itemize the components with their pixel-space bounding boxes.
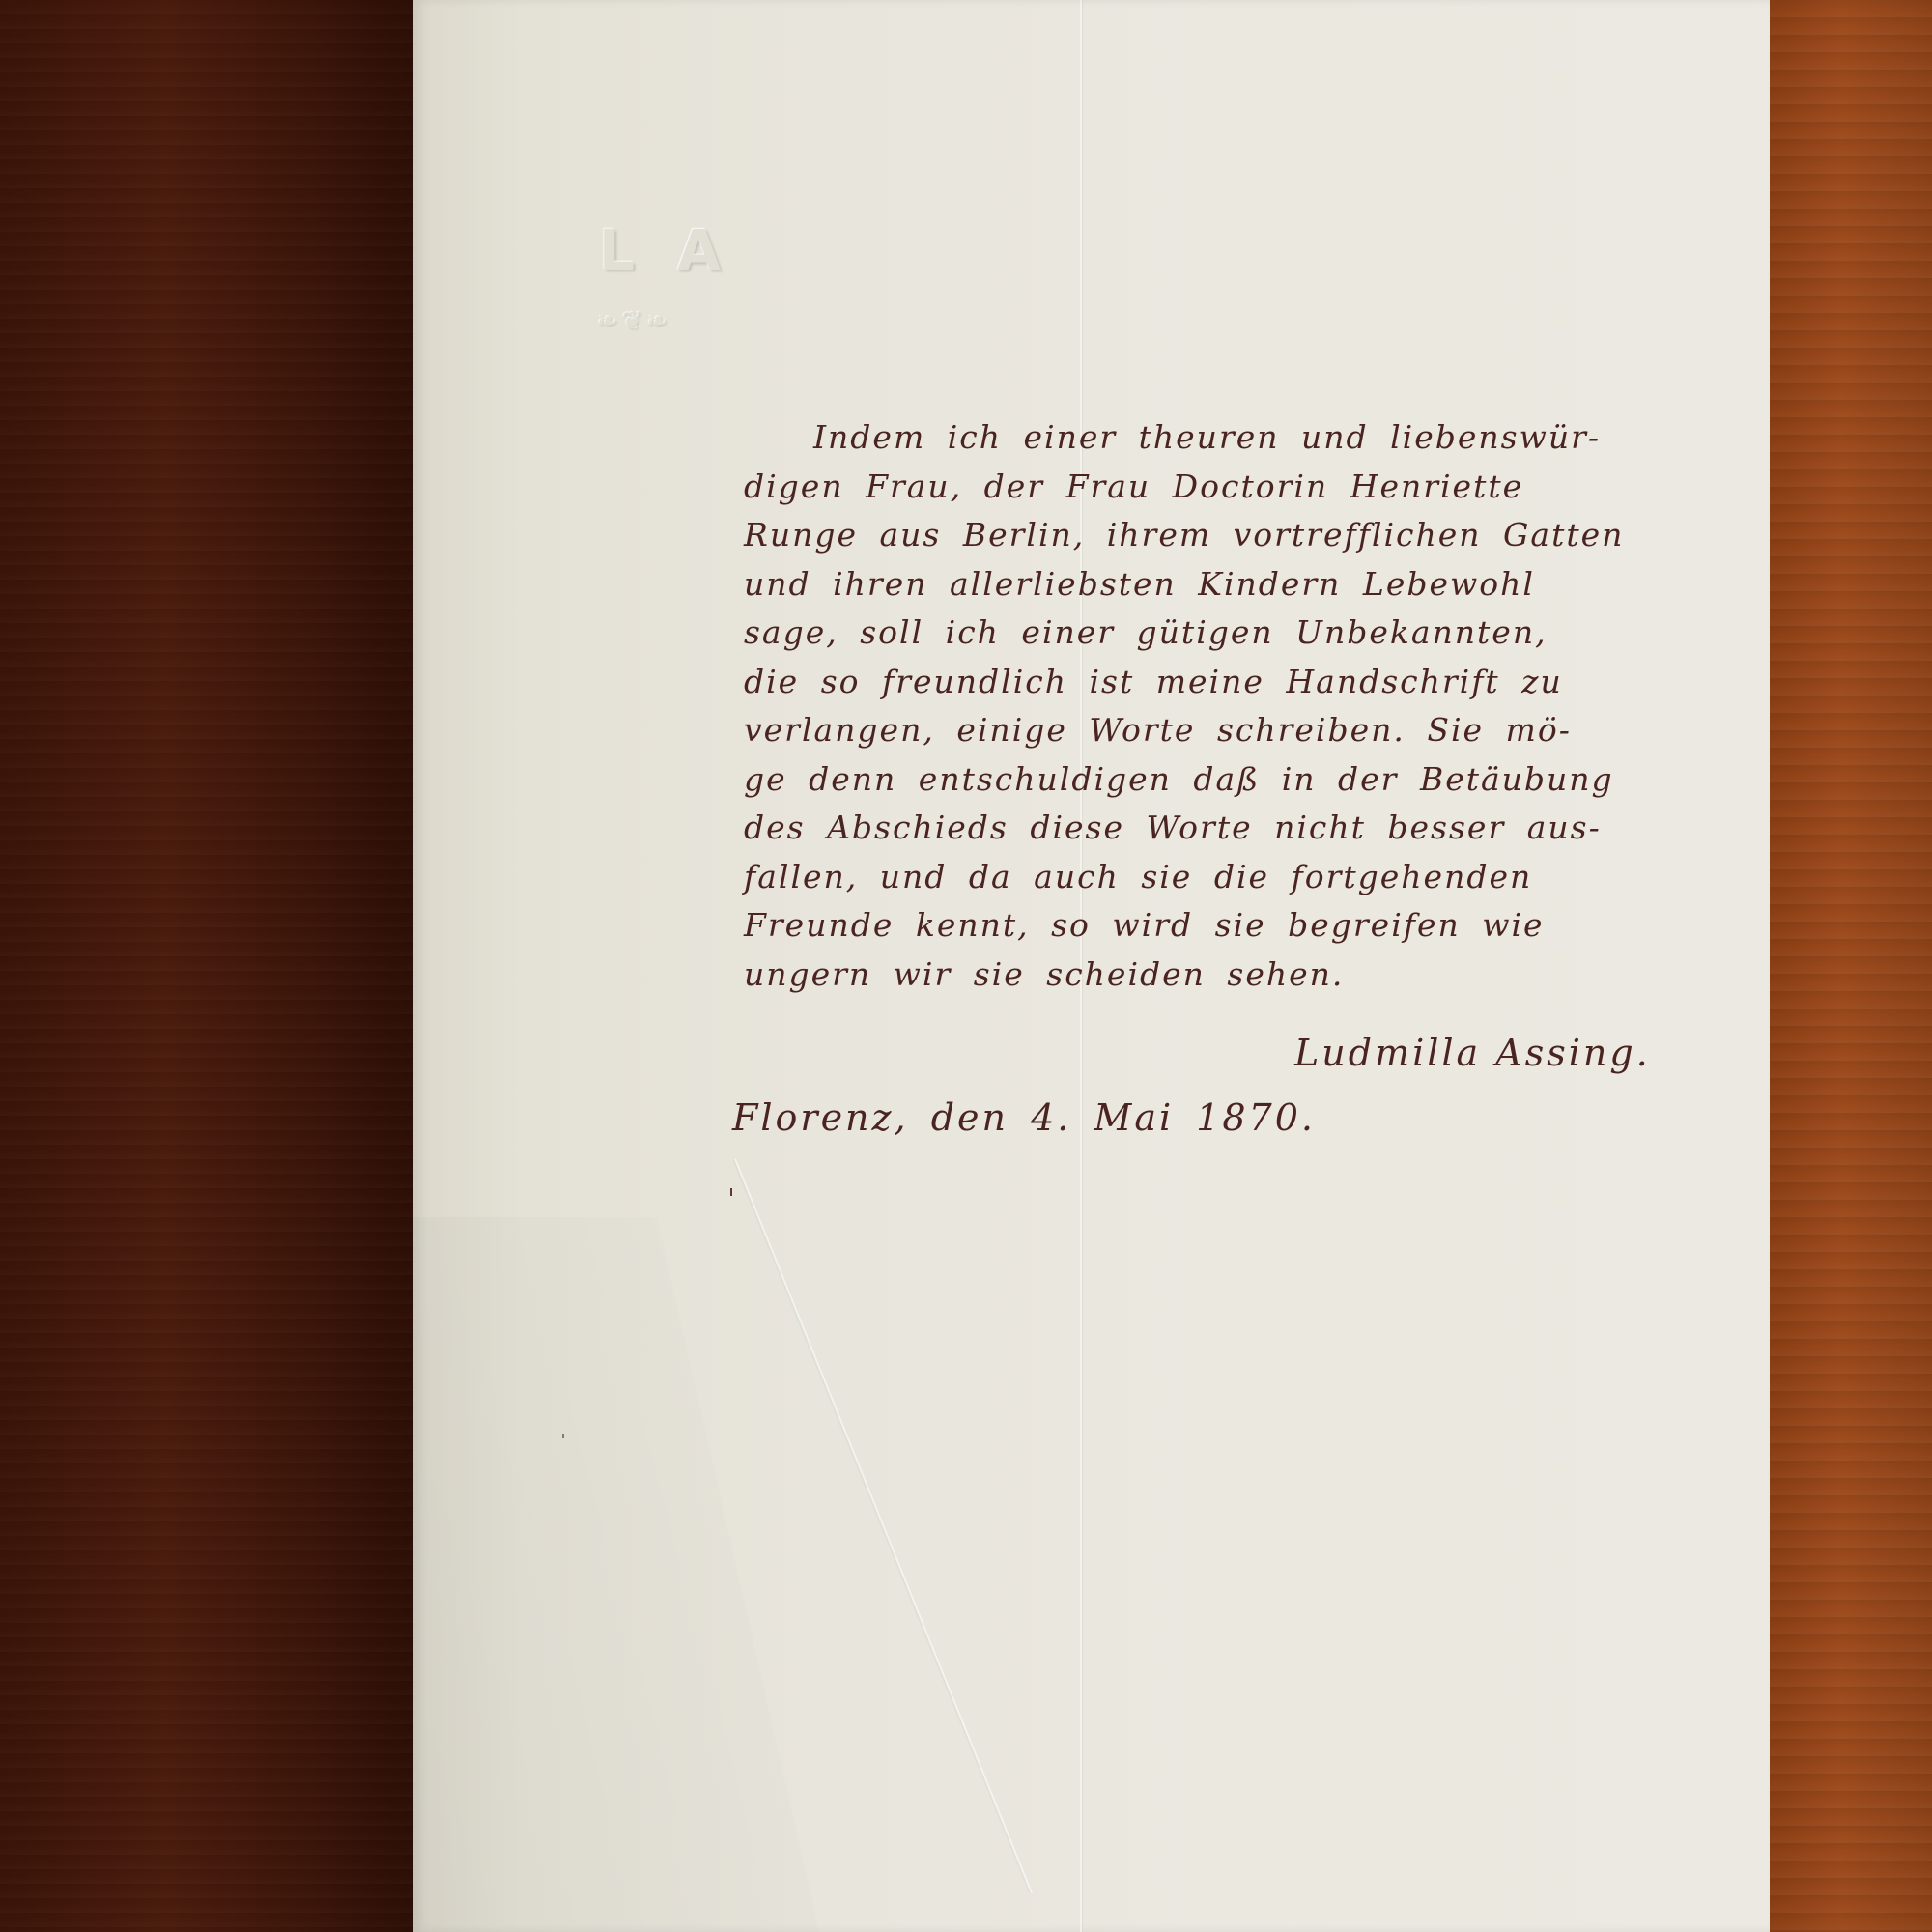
letter-line: und ihren allerliebsten Kindern Lebewohl xyxy=(744,560,1768,610)
embossed-monogram: L A xyxy=(599,217,732,283)
letter-line: verlangen, einige Worte schreiben. Sie m… xyxy=(744,706,1768,755)
letter-line: Freunde kennt, so wird sie begreifen wie xyxy=(744,901,1768,951)
letter-body: Indem ich einer theuren und liebenswür- … xyxy=(744,413,1768,999)
letter-line: Runge aus Berlin, ihrem vortrefflichen G… xyxy=(744,511,1768,560)
letter-line: die so freundlich ist meine Handschrift … xyxy=(744,658,1768,707)
ink-speck xyxy=(730,1188,732,1196)
letter-line: des Abschieds diese Worte nicht besser a… xyxy=(744,804,1768,853)
letter-line: sage, soll ich einer gütigen Unbekannten… xyxy=(744,609,1768,658)
letter-line: digen Frau, der Frau Doctorin Henriette xyxy=(744,463,1768,512)
letter-line: Indem ich einer theuren und liebenswür- xyxy=(744,413,1768,463)
dateline: Florenz, den 4. Mai 1870. xyxy=(732,1096,1316,1139)
embossed-ornament-icon: ❧❦❧ xyxy=(597,307,671,336)
wooden-table-right xyxy=(1768,0,1932,1932)
wooden-table-left xyxy=(0,0,415,1932)
signature: Ludmilla Assing. xyxy=(1294,1032,1651,1074)
letter-line: ge denn entschuldigen daß in der Betäubu… xyxy=(744,755,1768,805)
letter-line: ungern wir sie scheiden sehen. xyxy=(744,951,1768,1000)
letter-line: fallen, und da auch sie die fortgehenden xyxy=(744,853,1768,902)
ink-speck xyxy=(562,1434,564,1438)
